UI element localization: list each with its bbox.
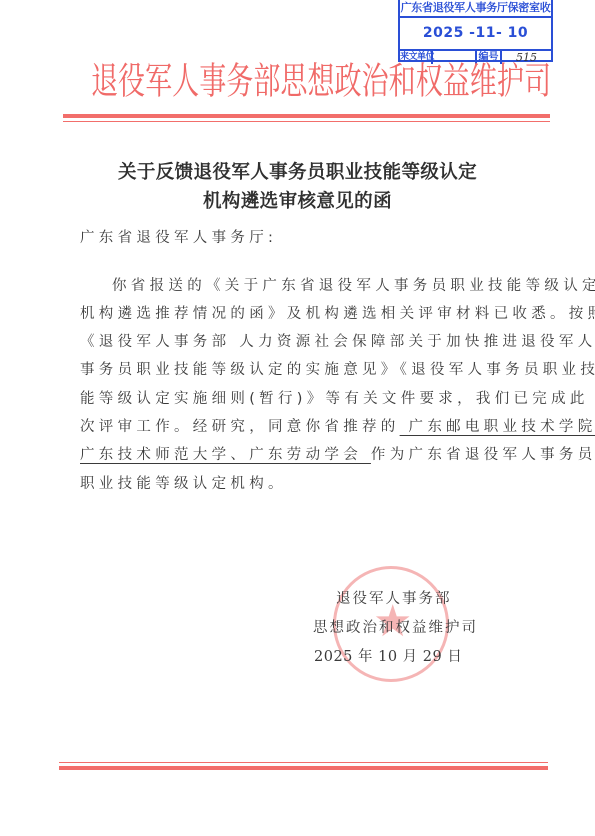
body-line-6-text: 次评审工作。经研究，同意你省推荐的 <box>80 419 400 435</box>
letterhead-organization: 退役军人事务部思想政治和权益维护司 <box>91 60 525 102</box>
stamp-office: 广东省退役军人事务厅保密室收 <box>400 0 551 18</box>
signature-division: 思想政治和权益维护司 <box>313 616 478 637</box>
body-line-7-text: 作为广东省退役军人事务员 <box>371 447 595 463</box>
body-line-4: 事务员职业技能等级认定的实施意见》《退役军人事务员职业技 <box>80 358 595 379</box>
top-rule-thin <box>63 121 550 122</box>
body-line-3: 《退役军人事务部 人力资源社会保障部关于加快推进退役军人 <box>80 330 595 351</box>
body-line-8: 职业技能等级认定机构。 <box>80 472 287 493</box>
institutions-underlined-2: 广东技术师范大学、广东劳动学会 <box>80 447 371 463</box>
body-line-2: 机构遴选推荐情况的函》及机构遴选相关评审材料已收悉。按照 <box>80 302 595 323</box>
bottom-rule-thick <box>59 766 548 770</box>
body-line-5: 能等级认定实施细则(暂行)》等有关文件要求，我们已完成此 <box>80 387 589 408</box>
stamp-date: 2025 -11- 10 <box>400 18 551 51</box>
document-title-line1: 关于反馈退役军人事务员职业技能等级认定 <box>0 158 595 184</box>
salutation: 广东省退役军人事务厅: <box>80 226 277 247</box>
body-line-6: 次评审工作。经研究，同意你省推荐的 广东邮电职业技术学院、 <box>80 415 595 436</box>
top-rule-thick <box>63 114 550 118</box>
signature-date: 2025 年 10 月 29 日 <box>314 645 462 666</box>
institutions-underlined-1: 广东邮电职业技术学院、 <box>400 419 595 435</box>
body-line-7: 广东技术师范大学、广东劳动学会 作为广东省退役军人事务员 <box>80 443 595 464</box>
body-line-1: 你省报送的《关于广东省退役军人事务员职业技能等级认定 <box>112 274 595 295</box>
bottom-rule-thin <box>59 762 548 763</box>
document-title-line2: 机构遴选审核意见的函 <box>0 187 595 213</box>
letterhead-text: 退役军人事务部思想政治和权益维护司 <box>91 57 551 104</box>
signature-department: 退役军人事务部 <box>336 587 452 608</box>
receipt-stamp: 广东省退役军人事务厅保密室收 2025 -11- 10 来文单位 编号 515 <box>398 0 553 62</box>
